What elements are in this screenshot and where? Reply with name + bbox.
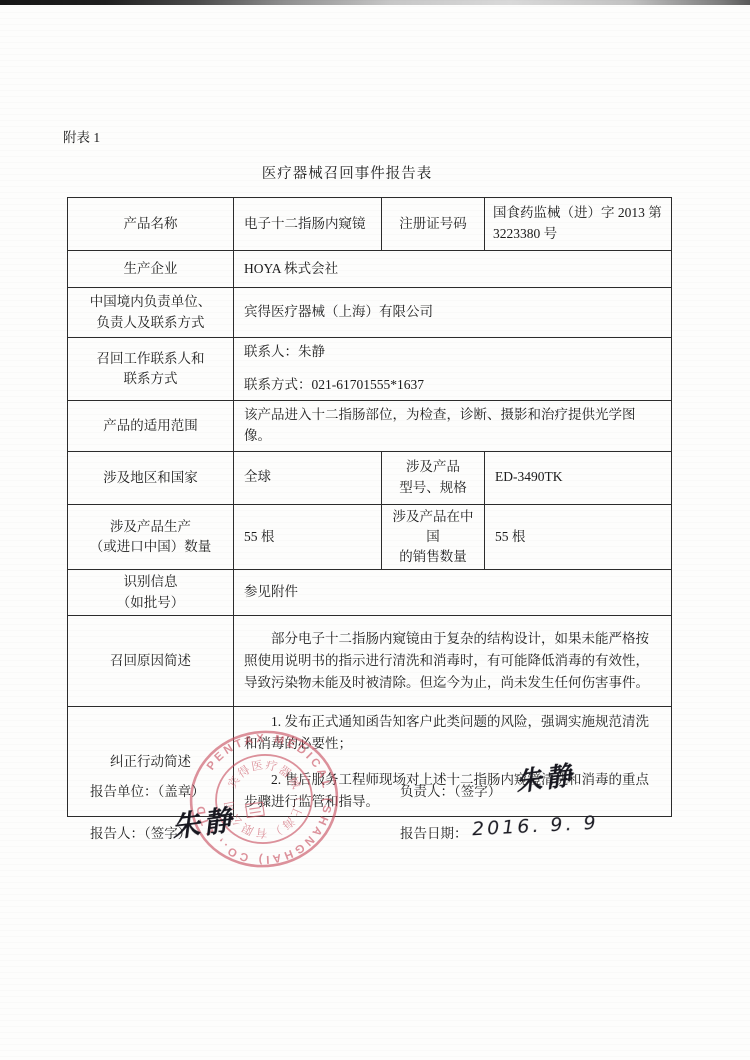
china-sales-label-line1: 涉及产品在中国 [386, 507, 480, 548]
identification-label-line2: （如批号） [72, 593, 229, 613]
row-identification: 识别信息 （如批号） 参见附件 [68, 570, 672, 616]
seal-ring-text: PENTAX MEDICAL (SHANGHAI) CO., LTD. [186, 724, 342, 876]
reporter-signature: 朱静 [172, 797, 241, 846]
seal-center-mark [246, 802, 265, 817]
production-qty-value: 55 根 [234, 504, 382, 570]
recall-report-table: 产品名称 电子十二指肠内窥镜 注册证号码 国食药监械（进）字 2013 第 32… [67, 197, 672, 817]
china-agent-label-line1: 中国境内负责单位、 [72, 292, 229, 312]
model-spec-label: 涉及产品 型号、规格 [382, 451, 485, 504]
production-qty-label-line1: 涉及产品生产 [72, 517, 229, 537]
recall-contact-label-line2: 联系方式 [72, 369, 229, 389]
regions-value: 全球 [234, 451, 382, 504]
row-china-agent: 中国境内负责单位、 负责人及联系方式 宾得医疗器械（上海）有限公司 [68, 288, 672, 338]
manufacturer-value: HOYA 株式会社 [234, 251, 672, 288]
china-agent-label-line2: 负责人及联系方式 [72, 313, 229, 333]
identification-label: 识别信息 （如批号） [68, 570, 234, 616]
row-quantities: 涉及产品生产 （或进口中国）数量 55 根 涉及产品在中国 的销售数量 55 根 [68, 504, 672, 570]
applicable-scope-label: 产品的适用范围 [68, 400, 234, 451]
row-manufacturer: 生产企业 HOYA 株式会社 [68, 251, 672, 288]
production-qty-label: 涉及产品生产 （或进口中国）数量 [68, 504, 234, 570]
row-recall-contact: 召回工作联系人和 联系方式 联系人：朱静 联系方式：021-61701555*1… [68, 338, 672, 401]
product-name-label: 产品名称 [68, 198, 234, 251]
report-date-label: 报告日期： [400, 822, 468, 842]
china-sales-value: 55 根 [485, 504, 672, 570]
page-title: 医疗器械召回事件报告表 [67, 162, 627, 183]
model-spec-label-line2: 型号、规格 [386, 478, 480, 498]
row-corrective-action: 纠正行动简述 1. 发布正式通知函告知客户此类问题的风险，强调实施规范清洗和消毒… [68, 706, 672, 816]
regions-label: 涉及地区和国家 [68, 451, 234, 504]
identification-label-line1: 识别信息 [72, 572, 229, 592]
row-recall-reason: 召回原因简述 部分电子十二指肠内窥镜由于复杂的结构设计，如果未能严格按照使用说明… [68, 615, 672, 706]
report-unit-label: 报告单位：（盖章） [90, 780, 205, 800]
recall-contact-value: 联系人：朱静 联系方式：021-61701555*1637 [234, 338, 672, 401]
row-regions: 涉及地区和国家 全球 涉及产品 型号、规格 ED-3490TK [68, 451, 672, 504]
recall-reason-value: 部分电子十二指肠内窥镜由于复杂的结构设计，如果未能严格按照使用说明书的指示进行清… [234, 615, 672, 706]
attachment-label: 附表 1 [63, 126, 100, 146]
recall-reason-paragraph: 部分电子十二指肠内窥镜由于复杂的结构设计，如果未能严格按照使用说明书的指示进行清… [244, 628, 661, 694]
spacer [244, 363, 661, 375]
recall-contact-person: 联系人：朱静 [244, 342, 661, 363]
scanned-document-page: 附表 1 医疗器械召回事件报告表 产品名称 电子十二指肠内窥镜 注册证号码 国食… [0, 0, 750, 1060]
responsible-person-signature: 朱静 [516, 754, 580, 799]
identification-value: 参见附件 [234, 570, 672, 616]
model-spec-label-line1: 涉及产品 [386, 457, 480, 477]
recall-contact-label: 召回工作联系人和 联系方式 [68, 338, 234, 401]
svg-text:PENTAX MEDICAL (SHANGHAI) CO.,: PENTAX MEDICAL (SHANGHAI) CO., LTD. [186, 724, 342, 876]
product-name-value: 电子十二指肠内窥镜 [234, 198, 382, 251]
recall-reason-label: 召回原因简述 [68, 615, 234, 706]
model-spec-value: ED-3490TK [485, 451, 672, 504]
row-applicable-scope: 产品的适用范围 该产品进入十二指肠部位，为检查，诊断、摄影和治疗提供光学图像。 [68, 400, 672, 451]
china-agent-label: 中国境内负责单位、 负责人及联系方式 [68, 288, 234, 338]
row-product-name: 产品名称 电子十二指肠内窥镜 注册证号码 国食药监械（进）字 2013 第 32… [68, 198, 672, 251]
china-sales-label-line2: 的销售数量 [386, 547, 480, 567]
scan-edge-artifact [0, 0, 750, 5]
recall-contact-method: 联系方式：021-61701555*1637 [244, 375, 661, 396]
production-qty-label-line2: （或进口中国）数量 [72, 537, 229, 557]
registration-no-label: 注册证号码 [382, 198, 485, 251]
recall-contact-label-line1: 召回工作联系人和 [72, 349, 229, 369]
registration-no-value: 国食药监械（进）字 2013 第 3223380 号 [485, 198, 672, 251]
applicable-scope-value: 该产品进入十二指肠部位，为检查，诊断、摄影和治疗提供光学图像。 [234, 400, 672, 451]
china-agent-value: 宾得医疗器械（上海）有限公司 [234, 288, 672, 338]
china-sales-label: 涉及产品在中国 的销售数量 [382, 504, 485, 570]
seal-outer-ring [186, 724, 342, 876]
responsible-person-label: 负责人：（签字） [400, 780, 501, 800]
manufacturer-label: 生产企业 [68, 251, 234, 288]
